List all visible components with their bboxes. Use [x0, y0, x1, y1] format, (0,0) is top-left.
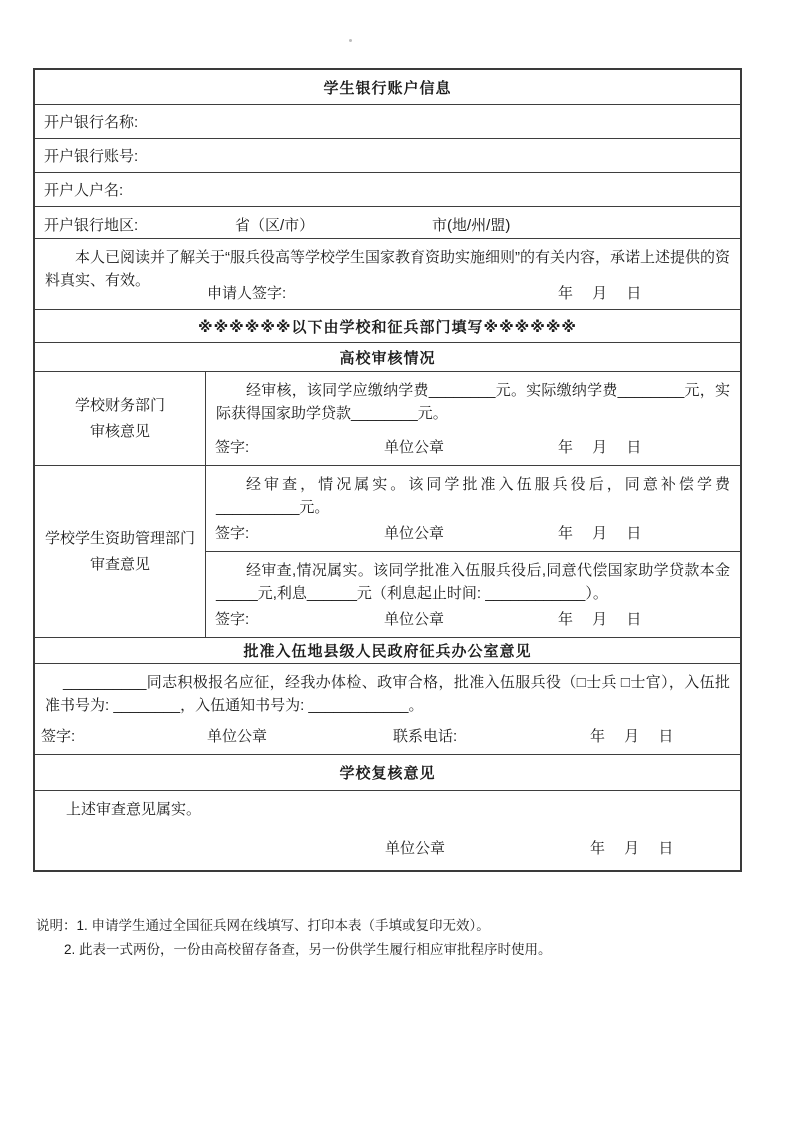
tuition-sign-label: 签字:	[215, 522, 249, 543]
conscription-date-label: 年 月 日	[590, 725, 673, 746]
finance-sign-line: 签字: 单位公章 年 月 日	[206, 436, 740, 456]
declaration-row: 本人已阅读并了解关于“服兵役高等学校学生国家教育资助实施细则”的有关内容，承诺上…	[35, 238, 740, 309]
soldier-checkbox: □士兵	[577, 674, 617, 691]
conscription-office-title: 批准入伍地县级人民政府征兵办公室意见	[243, 640, 531, 661]
aid-dept-label-cell: 学校学生资助管理部门 审查意见	[35, 466, 206, 637]
tuition-sign-line: 签字: 单位公章 年 月 日	[206, 522, 740, 542]
finance-review-body: 经审核，该同学应缴纳学费________元。实际缴纳学费________元，实际…	[206, 372, 740, 426]
conscription-office-row: __________同志积极报名应征，经我办体检、政审合格，批准入伍服兵役（□士…	[35, 663, 740, 754]
school-recheck-body: 上述审查意见属实。	[35, 791, 740, 821]
loan-repayment-subrow: 经审查,情况属实。该同学批准入伍服兵役后,同意代偿国家助学贷款本金_____元,…	[206, 551, 740, 637]
conscription-sign-label: 签字:	[41, 725, 75, 746]
loan-sign-line: 签字: 单位公章 年 月 日	[206, 608, 740, 628]
aid-dept-content-cell: 经审查，情况属实。该同学批准入伍服兵役后，同意补偿学费__________元。 …	[206, 466, 740, 637]
conscription-seal-label: 单位公章	[207, 725, 267, 746]
bank-name-label: 开户银行名称:	[44, 111, 138, 132]
tuition-seal-label: 单位公章	[384, 522, 444, 543]
finance-dept-label-cell: 学校财务部门 审核意见	[35, 372, 206, 465]
scan-artifact-dot	[349, 39, 352, 42]
aid-dept-label-line2: 审查意见	[90, 555, 150, 575]
school-recheck-title: 学校复核意见	[339, 762, 435, 783]
finance-dept-label-line1: 学校财务部门	[75, 396, 165, 416]
conscription-office-title-row: 批准入伍地县级人民政府征兵办公室意见	[35, 637, 740, 663]
bank-region-label: 开户银行地区:	[44, 214, 138, 235]
application-form-table: 学生银行账户信息 开户银行名称: 开户银行账号: 开户人户名: 开户银行地区: …	[33, 68, 742, 872]
applicant-date-label: 年 月 日	[558, 282, 641, 303]
school-recheck-seal-label: 单位公章	[385, 837, 445, 858]
university-review-title: 高校审核情况	[339, 347, 435, 368]
bank-region-province: 省（区/市）	[235, 214, 314, 235]
officer-checkbox: □士官	[621, 674, 661, 691]
footer-note-line1: 说明：1. 申请学生通过全国征兵网在线填写、打印本表（手填或复印无效）。	[36, 914, 552, 938]
loan-repayment-body: 经审查,情况属实。该同学批准入伍服兵役后,同意代偿国家助学贷款本金_____元,…	[206, 552, 740, 606]
footer-note-line2: 2. 此表一式两份，一份由高校留存备查，另一份供学生履行相应审批程序时使用。	[64, 938, 552, 962]
conscription-body-part1: __________同志积极报名应征，经我办体检、政审合格，批准入伍服兵役（	[63, 674, 577, 691]
tuition-compensation-subrow: 经审查，情况属实。该同学批准入伍服兵役后，同意补偿学费__________元。 …	[206, 466, 740, 551]
account-holder-row: 开户人户名:	[35, 172, 740, 206]
notes-prefix: 说明：	[36, 918, 77, 933]
finance-seal-label: 单位公章	[384, 436, 444, 457]
school-recheck-title-row: 学校复核意见	[35, 754, 740, 790]
university-review-title-row: 高校审核情况	[35, 342, 740, 371]
loan-date-label: 年 月 日	[558, 608, 641, 629]
loan-sign-label: 签字:	[215, 608, 249, 629]
bank-account-row: 开户银行账号:	[35, 138, 740, 172]
bank-name-row: 开户银行名称:	[35, 104, 740, 138]
tuition-compensation-body: 经审查，情况属实。该同学批准入伍服兵役后，同意补偿学费__________元。	[206, 466, 740, 520]
finance-review-row: 学校财务部门 审核意见 经审核，该同学应缴纳学费________元。实际缴纳学费…	[35, 371, 740, 465]
notes-line1: 1. 申请学生通过全国征兵网在线填写、打印本表（手填或复印无效）。	[77, 918, 490, 933]
bank-region-city: 市(地/州/盟)	[432, 214, 510, 235]
conscription-office-body: __________同志积极报名应征，经我办体检、政审合格，批准入伍服兵役（□士…	[35, 664, 740, 718]
finance-dept-label-line2: 审核意见	[90, 422, 150, 442]
tuition-date-label: 年 月 日	[558, 522, 641, 543]
scanned-form-page: 学生银行账户信息 开户银行名称: 开户银行账号: 开户人户名: 开户银行地区: …	[0, 0, 792, 1122]
applicant-signature-label: 申请人签字:	[207, 282, 286, 303]
finance-review-content-cell: 经审核，该同学应缴纳学费________元。实际缴纳学费________元，实际…	[206, 372, 740, 465]
finance-date-label: 年 月 日	[558, 436, 641, 457]
loan-seal-label: 单位公章	[384, 608, 444, 629]
aid-dept-label-line1: 学校学生资助管理部门	[45, 529, 195, 549]
school-recheck-date-label: 年 月 日	[590, 837, 673, 858]
conscription-phone-label: 联系电话:	[393, 725, 457, 746]
finance-sign-label: 签字:	[215, 436, 249, 457]
bank-account-label: 开户银行账号:	[44, 145, 138, 166]
conscription-sign-line: 签字: 单位公章 联系电话: 年 月 日	[35, 725, 740, 745]
divider-note-row: ※※※※※※以下由学校和征兵部门填写※※※※※※	[35, 309, 740, 342]
bank-section-title: 学生银行账户信息	[323, 77, 451, 98]
account-holder-label: 开户人户名:	[44, 179, 123, 200]
divider-note: ※※※※※※以下由学校和征兵部门填写※※※※※※	[198, 316, 577, 337]
applicant-sign-line: 申请人签字: 年 月 日	[35, 282, 740, 302]
school-recheck-sign-line: 单位公章 年 月 日	[35, 837, 740, 857]
bank-section-title-row: 学生银行账户信息	[35, 70, 740, 104]
footer-notes: 说明：1. 申请学生通过全国征兵网在线填写、打印本表（手填或复印无效）。 2. …	[36, 914, 552, 962]
notes-line2: 2. 此表一式两份，一份由高校留存备查，另一份供学生履行相应审批程序时使用。	[64, 942, 552, 957]
school-recheck-row: 上述审查意见属实。 单位公章 年 月 日	[35, 790, 740, 870]
aid-dept-review-row: 学校学生资助管理部门 审查意见 经审查，情况属实。该同学批准入伍服兵役后，同意补…	[35, 465, 740, 637]
bank-region-row: 开户银行地区: 省（区/市） 市(地/州/盟)	[35, 206, 740, 238]
